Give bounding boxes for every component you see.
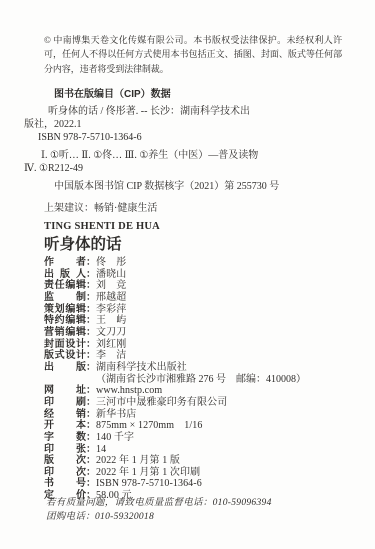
colophon-value: 佟 彤 (96, 257, 126, 268)
colophon-colon: ： (86, 362, 96, 373)
colophon-value: 875mm × 1270mm 1/16 (96, 420, 202, 431)
colophon-row: 出版：湖南科学技术出版社 (44, 362, 349, 374)
colophon-value: ISBN 978-7-5710-1364-6 (96, 478, 202, 489)
colophon-colon: ： (86, 315, 96, 326)
colophon-colon: ： (86, 350, 96, 361)
colophon-value: 潘晓山 (96, 269, 126, 280)
colophon-row: 印刷：三河市中晟雅豪印务有限公司 (44, 397, 349, 409)
colophon-colon: ： (86, 269, 96, 280)
colophon-label: 封面设计 (44, 339, 86, 351)
cip-description-line2: 版社，2022.1 (24, 118, 344, 131)
cip-header: 图书在版编目（CIP）数据 (24, 88, 344, 101)
book-copyright-page: © 中南博集天卷文化传媒有限公司。本书版权受法律保护。未经权利人许可，任何人不得… (0, 0, 375, 549)
cip-classification-line1: Ⅰ. ①听… Ⅱ. ①佟… Ⅲ. ①养生（中医）—普及读物 (24, 149, 344, 162)
colophon-colon: ： (86, 444, 96, 455)
colophon-value: 文刀刀 (96, 327, 126, 338)
colophon-colon: ： (86, 420, 96, 431)
colophon-row: 特约编辑：王 屿 (44, 315, 349, 327)
colophon-label: 责任编辑 (44, 280, 86, 292)
book-title: 听身体的话 (44, 232, 122, 254)
colophon-row: 网址：www.hnstp.com (44, 385, 349, 397)
colophon-label: 印次 (44, 467, 86, 479)
colophon-colon: ： (86, 409, 96, 420)
colophon-colon: ： (86, 455, 96, 466)
cip-record-number: 中国版本图书馆 CIP 数据核字（2021）第 255730 号 (24, 180, 344, 193)
colophon-label: 出版人 (44, 269, 86, 281)
colophon-row: 策划编辑：李彩萍 (44, 304, 349, 316)
colophon-colon: ： (86, 467, 96, 478)
colophon-value: 王 屿 (96, 315, 126, 326)
colophon-colon: ： (86, 280, 96, 291)
colophon-value: 刘红刚 (96, 339, 126, 350)
colophon-list: 作者：佟 彤出版人：潘晓山责任编辑：刘 竞监制：邢越超策划编辑：李彩萍特约编辑：… (44, 257, 349, 502)
colophon-label: 印刷 (44, 397, 86, 409)
colophon-colon: ： (86, 385, 96, 396)
colophon-colon: ： (86, 432, 96, 443)
copyright-notice: © 中南博集天卷文化传媒有限公司。本书版权受法律保护。未经权利人许可，任何人不得… (44, 33, 342, 76)
colophon-value: 140 千字 (96, 432, 134, 443)
colophon-row: 开本：875mm × 1270mm 1/16 (44, 420, 349, 432)
colophon-label: 开本 (44, 420, 86, 432)
colophon-label: 书号 (44, 478, 86, 490)
colophon-label: 经销 (44, 409, 86, 421)
colophon-row: 作者：佟 彤 (44, 257, 349, 269)
colophon-value: 邢越超 (96, 292, 126, 303)
colophon-colon: ： (86, 339, 96, 350)
colophon-colon: ： (86, 257, 96, 268)
quality-hotline: 若有质量问题，请致电质量监督电话：010-59096394 (46, 497, 272, 511)
cip-classification-line2: Ⅳ. ①R212-49 (24, 162, 344, 175)
colophon-label: 营销编辑 (44, 327, 86, 339)
colophon-row: 监制：邢越超 (44, 292, 349, 304)
colophon-row: 字数：140 千字 (44, 432, 349, 444)
colophon-colon: ： (86, 397, 96, 408)
colophon-value: www.hnstp.com (96, 385, 162, 396)
colophon-row: 营销编辑：文刀刀 (44, 327, 349, 339)
cip-isbn: ISBN 978-7-5710-1364-6 (24, 131, 344, 144)
colophon-row: 出版人：潘晓山 (44, 269, 349, 281)
colophon-row: 经销：新华书店 (44, 409, 349, 421)
colophon-colon: ： (86, 327, 96, 338)
colophon-label: 印张 (44, 444, 86, 456)
colophon-label: 版次 (44, 455, 86, 467)
colophon-label: 字数 (44, 432, 86, 444)
colophon-value: 2022 年 1 月第 1 版 (96, 455, 180, 466)
colophon-label: 作者 (44, 257, 86, 269)
colophon-label: 出版 (44, 362, 86, 374)
cip-block: 图书在版编目（CIP）数据 听身体的话 / 佟彤著. -- 长沙：湖南科学技术出… (24, 88, 344, 193)
colophon-row: 印张：14 (44, 444, 349, 456)
colophon-value: 三河市中晟雅豪印务有限公司 (96, 397, 227, 408)
colophon-value: 李 洁 (96, 350, 126, 361)
group-purchase-hotline: 团购电话：010-59320018 (46, 511, 272, 525)
colophon-label: 网址 (44, 385, 86, 397)
shelf-suggestion: 上架建议：畅销·健康生活 (44, 199, 157, 214)
colophon-value: 湖南科学技术出版社 (96, 362, 187, 373)
colophon-value: 2022 年 1 月第 1 次印刷 (96, 467, 200, 478)
colophon-value: 李彩萍 (96, 304, 126, 315)
colophon-colon: ： (86, 304, 96, 315)
colophon-colon: ： (86, 292, 96, 303)
colophon-label: 监制 (44, 292, 86, 304)
colophon-label: 版式设计 (44, 350, 86, 362)
colophon-value: 刘 竞 (96, 280, 126, 291)
title-pinyin: TING SHENTI DE HUA (44, 221, 160, 232)
colophon-row: 版式设计：李 洁 (44, 350, 349, 362)
cip-description-line1: 听身体的话 / 佟彤著. -- 长沙：湖南科学技术出 (24, 105, 344, 118)
colophon-label: 特约编辑 (44, 315, 86, 327)
colophon-label: 策划编辑 (44, 304, 86, 316)
colophon-colon: ： (86, 478, 96, 489)
colophon-address-line: （湖南省长沙市湘雅路 276 号 邮编：410008） (44, 374, 349, 386)
colophon-row: 责任编辑：刘 竞 (44, 280, 349, 292)
footer-notes: 若有质量问题，请致电质量监督电话：010-59096394 团购电话：010-5… (46, 497, 272, 525)
colophon-row: 印次：2022 年 1 月第 1 次印刷 (44, 467, 349, 479)
colophon-value: 新华书店 (96, 409, 136, 420)
colophon-row: 封面设计：刘红刚 (44, 339, 349, 351)
colophon-value: 14 (96, 444, 106, 455)
colophon-row: 版次：2022 年 1 月第 1 版 (44, 455, 349, 467)
colophon-row: 书号：ISBN 978-7-5710-1364-6 (44, 478, 349, 490)
